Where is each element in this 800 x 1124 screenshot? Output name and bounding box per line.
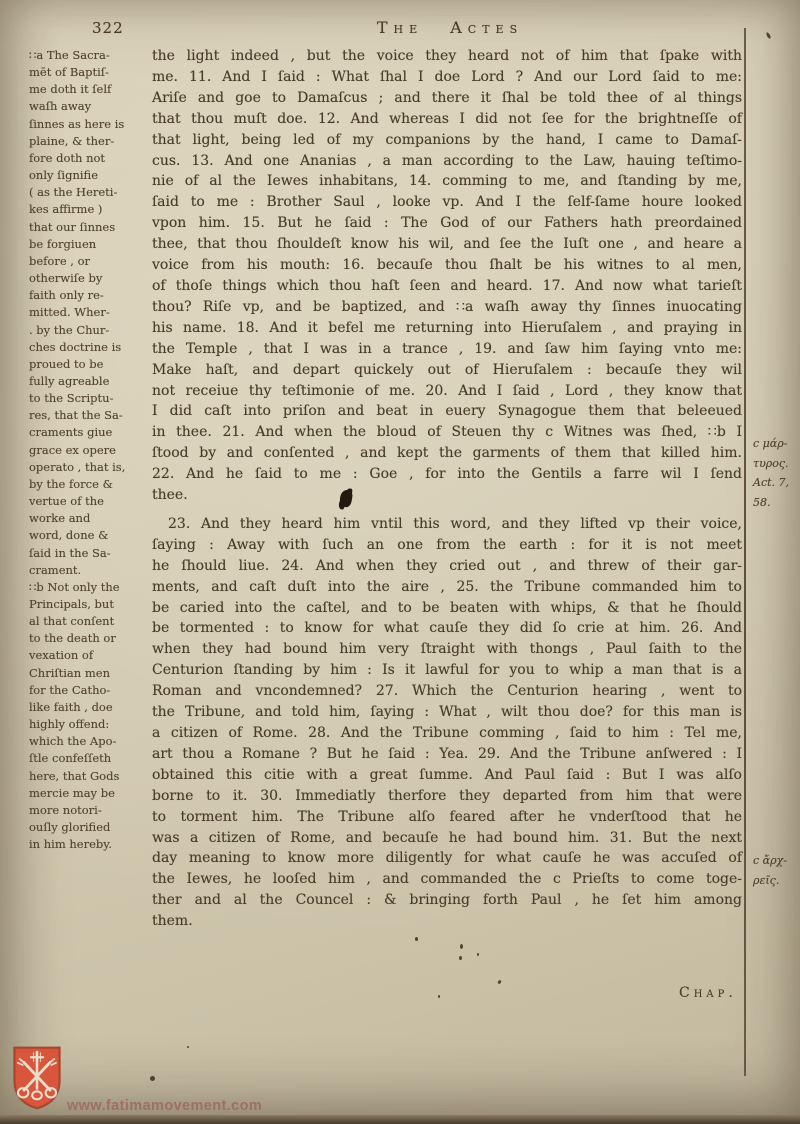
body-line: ſtood by and conſented , and kept the ga… (152, 443, 742, 464)
scanned-book-page: 322 The Actes ∷a The Sacra-mēt of Baptiſ… (0, 0, 800, 1124)
body-line: be tormented : to know for what cauſe th… (152, 618, 742, 639)
margin-note-line: faith only re- (29, 287, 153, 304)
body-line: a citizen of Rome. 28. And the Tribune c… (152, 723, 742, 744)
body-line: 23. And they heard him vntil this word, … (152, 514, 742, 535)
margin-note-line: ∷b Not only the (29, 579, 153, 596)
margin-note-line: τυρος. (753, 454, 798, 474)
margin-note-line: ſaid in the Sa- (29, 545, 153, 562)
margin-note-line: worke and (29, 510, 153, 527)
margin-note-line: mercie may be (29, 785, 153, 802)
margin-note-line: c μάρ- (753, 434, 798, 454)
body-line: when they had bound him very ſtraight wi… (152, 639, 742, 660)
margin-note-line: more notori- (29, 802, 153, 819)
body-line: of thoſe things which thou haſt ſeen and… (152, 276, 742, 297)
body-line: that thou muſt doe. 12. And whereas I di… (152, 109, 742, 130)
body-line: be caried into the caſtel, and to be bea… (152, 598, 742, 619)
body-line: day meaning to know more diligently for … (152, 848, 742, 869)
ink-speck (438, 995, 440, 998)
margin-note-line: res, that the Sa- (29, 407, 153, 424)
margin-note-line: by the force & (29, 476, 153, 493)
body-line: nie of al the Iewes inhabitans, 14. comm… (152, 171, 742, 192)
body-line: ſaying : Away with ſuch an one from the … (152, 535, 742, 556)
margin-note-line: crament. (29, 562, 153, 579)
margin-note-line: . by the Chur- (29, 322, 153, 339)
margin-note-line: al that conſent (29, 613, 153, 630)
body-line: art thou a Romane ? But he ſaid : Yea. 2… (152, 744, 742, 765)
body-line: Make haſt, and depart quickely out of Hi… (152, 360, 742, 381)
body-line: thee. (152, 485, 742, 506)
margin-note-line: operato , that is, (29, 459, 153, 476)
margin-note-line: plaine, & ther- (29, 133, 153, 150)
body-line: not receiue thy teſtimonie of me. 20. An… (152, 381, 742, 402)
ink-speck (477, 953, 479, 956)
body-line: vpon him. 15. But he ſaid : The God of o… (152, 213, 742, 234)
ink-speck (459, 956, 462, 960)
margin-note-line: ouſly glorified (29, 819, 153, 836)
margin-note-line: c ἄρχ- (753, 851, 798, 871)
margin-note-line: word, done & (29, 527, 153, 544)
margin-note-line: Chriſtian men (29, 665, 153, 682)
margin-note-line: that our ſinnes (29, 219, 153, 236)
body-line: Roman and vncondemned? 27. Which the Cen… (152, 681, 742, 702)
margin-note-line: ρεῖς. (753, 871, 798, 891)
body-line: the Temple , that I was in a trance , 19… (152, 339, 742, 360)
body-line: in thee. 21. And when the bloud of Steue… (152, 422, 742, 443)
body-line: to torment him. The Tribune alſo feared … (152, 807, 742, 828)
running-title: The Actes (290, 18, 610, 37)
margin-note-line: mitted. Wher- (29, 304, 153, 321)
margin-note-line: be forgiuen (29, 236, 153, 253)
papal-keys-shield-icon (11, 1045, 63, 1111)
margin-note-line: proued to be (29, 356, 153, 373)
right-margin-note-greek-1: c μάρ-τυρος.Act. 7,58. (753, 434, 798, 512)
body-line: voice from his mouth: 16. becauſe thou ſ… (152, 255, 742, 276)
margin-note-line: Act. 7, (753, 473, 798, 493)
chapter-footer: Chap. (679, 985, 737, 1001)
body-line: thee, that thou ſhouldeſt know his wil, … (152, 234, 742, 255)
margin-note-line: Principals, but (29, 596, 153, 613)
body-line: cus. 13. And one Ananias , a man accordi… (152, 151, 742, 172)
body-line: that light, being led of my companions b… (152, 130, 742, 151)
body-line: I did caſt into priſon and beat in euery… (152, 401, 742, 422)
margin-note-line: vertue of the (29, 493, 153, 510)
paragraph-1: the light indeed , but the voice they he… (152, 46, 742, 506)
margin-note-line: ſtle confeſſeth (29, 750, 153, 767)
margin-note-line: vexation of (29, 647, 153, 664)
ink-speck (460, 944, 463, 949)
body-text-column: the light indeed , but the voice they he… (152, 46, 742, 932)
body-line: the light indeed , but the voice they he… (152, 46, 742, 67)
left-margin-notes: ∷a The Sacra-mēt of Baptiſ-me doth it ſe… (29, 47, 153, 853)
body-line: he ſhould liue. 24. And when they cried … (152, 556, 742, 577)
body-line: thou? Riſe vp, and be baptized, and ∷a w… (152, 297, 742, 318)
watermark-url: www.fatimamovement.com (67, 1098, 262, 1114)
margin-note-line: otherwiſe by (29, 270, 153, 287)
margin-note-line: before , or (29, 253, 153, 270)
body-line: me. 11. And I ſaid : What ſhal I doe Lor… (152, 67, 742, 88)
body-line: Centurion ſtanding by him : Is it lawful… (152, 660, 742, 681)
column-rule (744, 28, 746, 1076)
margin-note-line: ches doctrine is (29, 339, 153, 356)
ink-speck (415, 937, 418, 941)
body-line: the Iewes, he looſed him , and commanded… (152, 869, 742, 890)
ink-speck (497, 980, 502, 985)
body-line: 22. And he ſaid to me : Goe , for into t… (152, 464, 742, 485)
margin-note-line: 58. (753, 493, 798, 513)
margin-note-line: like faith , doe (29, 699, 153, 716)
margin-note-line: for the Catho- (29, 682, 153, 699)
margin-note-line: which the Apo- (29, 733, 153, 750)
margin-note-line: to the Scriptu- (29, 390, 153, 407)
ink-speck (150, 1076, 155, 1081)
margin-note-line: ( as the Hereti- (29, 184, 153, 201)
body-line: ther and al the Councel : & bringing for… (152, 890, 742, 911)
page-number: 322 (92, 19, 124, 37)
body-line: was a citizen of Rome, and becauſe he ha… (152, 828, 742, 849)
body-line: obtained this citie with a great ſumme. … (152, 765, 742, 786)
margin-note-line: ſinnes as here is (29, 116, 153, 133)
body-line: ments, and caſt duſt into the aire , 25.… (152, 577, 742, 598)
photo-bottom-edge (0, 1115, 800, 1124)
margin-note-line: waſh away (29, 98, 153, 115)
margin-note-line: in him hereby. (29, 836, 153, 853)
margin-note-line: here, that Gods (29, 768, 153, 785)
body-line: Ariſe and goe to Damaſcus ; and there it… (152, 88, 742, 109)
body-line: borne to it. 30. Immediatly therfore the… (152, 786, 742, 807)
body-line: ſaid to me : Brother Saul , looke vp. An… (152, 192, 742, 213)
margin-note-line: fully agreable (29, 373, 153, 390)
margin-note-line: grace ex opere (29, 442, 153, 459)
margin-note-line: craments giue (29, 424, 153, 441)
paragraph-2: 23. And they heard him vntil this word, … (152, 514, 742, 932)
margin-note-line: only ſignifie (29, 167, 153, 184)
right-margin-note-greek-2: c ἄρχ-ρεῖς. (753, 851, 798, 890)
margin-note-line: me doth it ſelf (29, 81, 153, 98)
ink-speck (187, 1046, 189, 1048)
ink-speck (766, 32, 772, 40)
margin-note-line: ∷a The Sacra- (29, 47, 153, 64)
body-line: them. (152, 911, 742, 932)
body-line: the Tribune, and told him, ſaying : What… (152, 702, 742, 723)
body-line: his name. 18. And it befel me returning … (152, 318, 742, 339)
margin-note-line: fore doth not (29, 150, 153, 167)
margin-note-line: to the death or (29, 630, 153, 647)
margin-note-line: mēt of Baptiſ- (29, 64, 153, 81)
margin-note-line: highly offend: (29, 716, 153, 733)
margin-note-line: kes affirme ) (29, 201, 153, 218)
